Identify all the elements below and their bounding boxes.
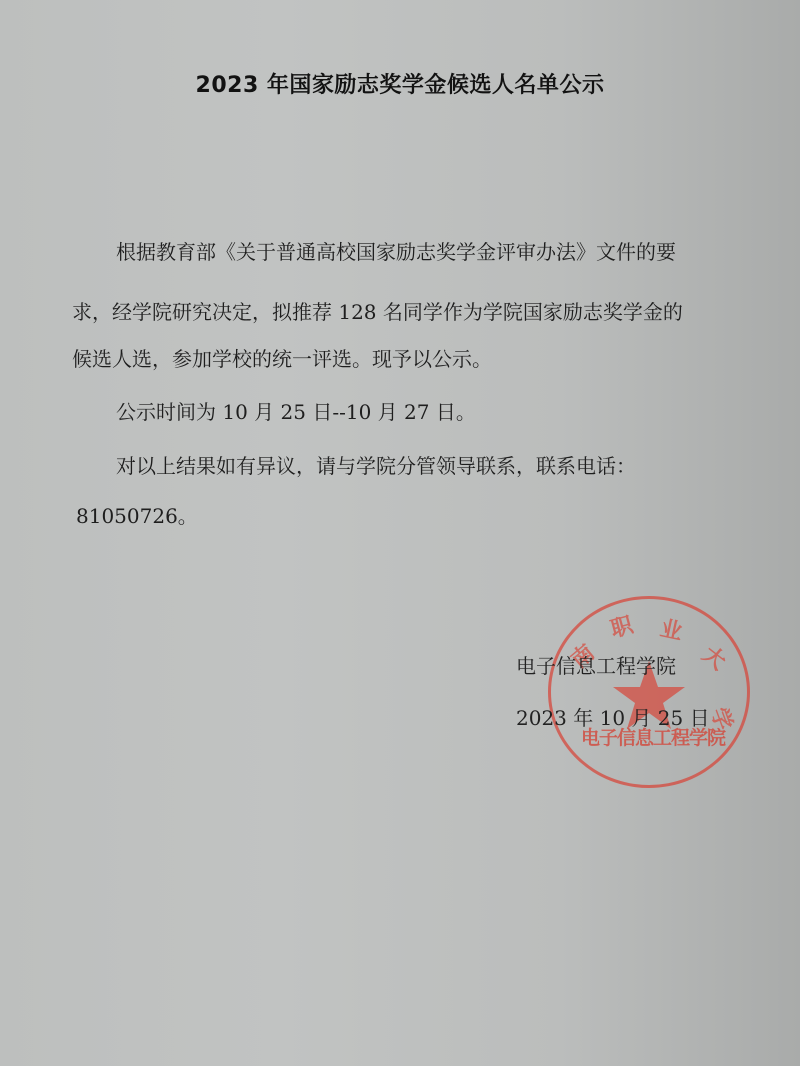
official-seal: 南 职 业 大 学 电子信息工程学院 [548, 596, 750, 788]
signature-organization: 电子信息工程学院 [516, 650, 676, 679]
paragraph-line-1: 根据教育部《关于普通高校国家励志奖学金评审办法》文件的要 [116, 236, 676, 265]
paragraph-line-3: 候选人选，参加学校的统一评选。现予以公示。 [72, 343, 492, 372]
publicity-period: 公示时间为 10 月 25 日--10 月 27 日。 [116, 396, 476, 425]
document-title: 2023 年国家励志奖学金候选人名单公示 [0, 68, 800, 99]
contact-phone: 81050726。 [76, 500, 198, 529]
signature-date: 2023 年 10 月 25 日 [516, 702, 710, 731]
svg-text:大: 大 [697, 642, 730, 675]
objection-contact: 对以上结果如有异议，请与学院分管领导联系，联系电话： [116, 450, 636, 479]
svg-text:职: 职 [608, 613, 637, 643]
svg-text:业: 业 [658, 616, 685, 645]
seal-star-icon: 南 职 业 大 学 [551, 599, 747, 785]
paragraph-line-2: 求，经学院研究决定，拟推荐 128 名同学作为学院国家励志奖学金的 [72, 296, 683, 325]
